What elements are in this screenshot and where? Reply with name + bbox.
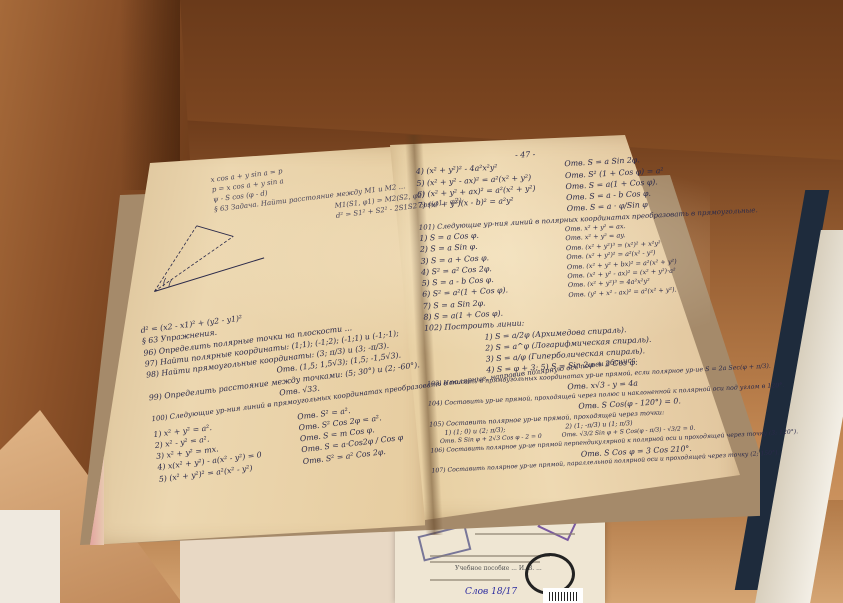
right-page-text: - 47 - 4) (x² + y²)² - 4a²x²y² 5) (x² + … [415, 136, 799, 477]
handwritten-code: Слов 18/17 [465, 587, 517, 597]
printed-line [430, 579, 510, 581]
white-paper [0, 510, 60, 603]
barcode-label [543, 588, 583, 603]
open-notebook: x cos a + y sin a = p p = x cos a + y si… [60, 135, 765, 565]
photo-scene: Учебное пособие ... И. В. ... Слов 18/17… [0, 0, 843, 603]
